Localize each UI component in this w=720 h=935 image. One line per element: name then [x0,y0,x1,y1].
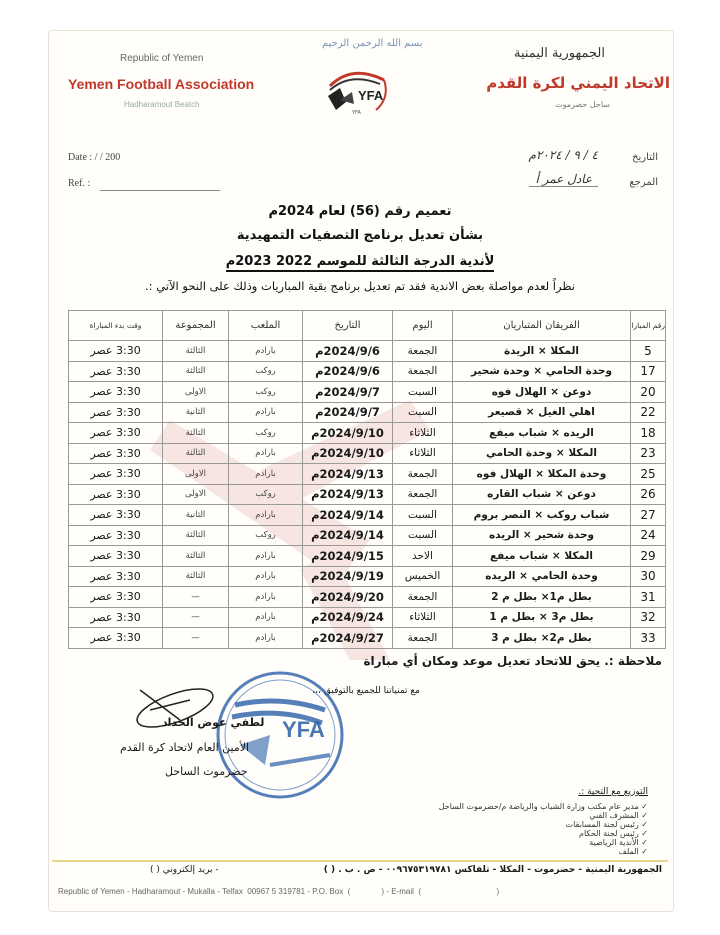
table-row: 27شباب روكب × النصر برومالسبت2024/9/14مب… [69,505,666,526]
table-row: 20دوعن × الهلال فوهالسبت2024/9/7مروكبالا… [69,382,666,403]
cell-day: السبت [393,382,453,403]
header-stadium: الملعب [229,311,303,341]
cell-stadium: بارادم [229,628,303,649]
cell-day: السبت [393,402,453,423]
letterhead-republic-en: Republic of Yemen [120,53,203,64]
letterhead-association-ar: الاتحاد اليمني لكرة القدم [486,74,670,92]
cell-no: 31 [631,587,666,608]
date-label-en: Date : / / 200 [68,152,120,163]
header-teams: الفريقان المتباريان [453,311,631,341]
cell-teams: وحدة المكلا × الهلال فوه [453,464,631,485]
handwritten-ref: عادل عمر أ [529,172,598,187]
date-label-ar: التاريخ [632,152,658,163]
cell-no: 20 [631,382,666,403]
cell-stadium: بارادم [229,607,303,628]
cell-no: 24 [631,525,666,546]
cell-no: 25 [631,464,666,485]
cell-time: 3:30 عصر [69,628,163,649]
cell-time: 3:30 عصر [69,566,163,587]
footer-divider [52,860,668,862]
cell-group: الاولى [163,382,229,403]
cell-time: 3:30 عصر [69,546,163,567]
table-row: 32بطل م3 × بطل م 1الثلاثاء2024/9/24مبارا… [69,607,666,628]
cell-date: 2024/9/6م [303,341,393,362]
cell-stadium: روكب [229,423,303,444]
letterhead-branch-en: Hadharamout Beatch [124,100,200,109]
cell-day: الثلاثاء [393,423,453,444]
basmala: بسم الله الرحمن الرحيم [322,38,423,49]
season-text: لأندية الدرجة الثالثة للموسم 2022 2023م [226,254,495,272]
table-row: 24وحدة شحير × الريدهالسبت2024/9/14مروكبا… [69,525,666,546]
distribution-item: رئيس لجنة المسابقات [439,820,648,829]
cell-day: الجمعة [393,341,453,362]
svg-text:YFA: YFA [351,110,361,116]
cell-date: 2024/9/10م [303,443,393,464]
cell-no: 27 [631,505,666,526]
footer-address-en: Republic of Yemen - Hadharamout - Mukall… [58,887,499,896]
distribution-item: رئيس لجنة الحكام [439,829,648,838]
cell-teams: وحدة شحير × الريده [453,525,631,546]
cell-teams: بطل م2× بطل م 3 [453,628,631,649]
circular-title: تعميم رقم (56) لعام 2024م [0,204,720,219]
table-row: 22اهلي الغيل × قصيعرالسبت2024/9/7مبارادم… [69,402,666,423]
cell-date: 2024/9/7م [303,402,393,423]
note-text: ملاحظة :. يحق للاتحاد تعديل موعد ومكان أ… [363,654,662,668]
table-row: 23المكلا × وحدة الحاميالثلاثاء2024/9/10م… [69,443,666,464]
cell-teams: بطل م3 × بطل م 1 [453,607,631,628]
cell-stadium: روكب [229,382,303,403]
cell-teams: بطل م1× بطل م 2 [453,587,631,608]
cell-group: الثالثة [163,361,229,382]
cell-no: 17 [631,361,666,382]
svg-text:YFA: YFA [282,717,325,742]
signer-title: الأمين العام لاتحاد كرة القدم [120,741,249,754]
svg-text:YFA: YFA [358,88,384,103]
header-date: التاريخ [303,311,393,341]
cell-group: الثالثة [163,525,229,546]
cell-time: 3:30 عصر [69,587,163,608]
cell-no: 18 [631,423,666,444]
footer-address-ar: الجمهورية اليمنية - حضرموت - المكلا - تل… [324,865,662,875]
distribution-item: الأندية الرياضية [439,838,648,847]
cell-group: الاولى [163,484,229,505]
cell-stadium: روكب [229,484,303,505]
signer-name: لطفي عوض الحداد [162,716,264,729]
cell-stadium: بارادم [229,402,303,423]
cell-stadium: بارادم [229,587,303,608]
cell-no: 32 [631,607,666,628]
cell-teams: اهلي الغيل × قصيعر [453,402,631,423]
cell-stadium: بارادم [229,546,303,567]
cell-teams: المكلا × الريدة [453,341,631,362]
cell-stadium: بارادم [229,341,303,362]
table-row: 25وحدة المكلا × الهلال فوهالجمعة2024/9/1… [69,464,666,485]
ref-label-ar: المرجع [629,177,658,188]
cell-day: الجمعة [393,361,453,382]
cell-day: الخميس [393,566,453,587]
cell-teams: المكلا × شباب ميفع [453,546,631,567]
cell-group: — [163,607,229,628]
letterhead-branch-ar: ساحل حضرموت [555,100,610,109]
letterhead-republic-ar: الجمهورية اليمنية [514,46,605,61]
table-row: 29المكلا × شباب ميفعالاحد2024/9/15مباراد… [69,546,666,567]
cell-date: 2024/9/10م [303,423,393,444]
cell-no: 30 [631,566,666,587]
table-row: 17وحدة الحامي × وحدة شحيرالجمعة2024/9/6م… [69,361,666,382]
cell-teams: وحدة الحامي × وحدة شحير [453,361,631,382]
table-row: 33بطل م2× بطل م 3الجمعة2024/9/27مبارادم—… [69,628,666,649]
cell-no: 29 [631,546,666,567]
header-start-time: وقت بدء المباراة [69,311,163,341]
circular-subject: بشأن تعديل برنامج التصفيات التمهيدية [0,228,720,243]
cell-teams: شباب روكب × النصر بروم [453,505,631,526]
intro-paragraph: نظراً لعدم مواصلة بعض الاندية فقد تم تعد… [60,279,660,293]
cell-time: 3:30 عصر [69,341,163,362]
cell-time: 3:30 عصر [69,525,163,546]
cell-teams: المكلا × وحدة الحامي [453,443,631,464]
cell-group: الثالثة [163,566,229,587]
handwritten-date: ٤ / ٩ / ٢٠٢٤م [529,148,598,162]
cell-day: الثلاثاء [393,443,453,464]
cell-date: 2024/9/14م [303,525,393,546]
official-stamp-icon: YFA [210,665,350,805]
cell-date: 2024/9/14م [303,505,393,526]
cell-group: الثانية [163,402,229,423]
cell-no: 33 [631,628,666,649]
cell-time: 3:30 عصر [69,423,163,444]
cell-group: الثالثة [163,546,229,567]
cell-time: 3:30 عصر [69,382,163,403]
distribution-item: الملف [439,847,648,856]
cell-group: الثانية [163,505,229,526]
table-header-row: رقم المباراة الفريقان المتباريان اليوم ا… [69,311,666,341]
cell-time: 3:30 عصر [69,505,163,526]
cell-group: — [163,628,229,649]
header-match-no: رقم المباراة [631,311,666,341]
cell-day: الجمعة [393,628,453,649]
cell-day: السبت [393,525,453,546]
cell-date: 2024/9/13م [303,484,393,505]
cell-day: الجمعة [393,484,453,505]
ref-underline [100,190,220,191]
cell-no: 5 [631,341,666,362]
cell-date: 2024/9/6م [303,361,393,382]
cell-group: الثالثة [163,423,229,444]
distribution-item: مدير عام مكتب وزارة الشباب والرياضة م/حض… [439,802,648,811]
cell-teams: وحدة الحامي × الريده [453,566,631,587]
cell-date: 2024/9/13م [303,464,393,485]
cell-day: الجمعة [393,587,453,608]
footer-email-ar: - بريد إلكتروني ( ) [150,865,219,875]
cell-no: 26 [631,484,666,505]
cell-date: 2024/9/24م [303,607,393,628]
table-row: 5المكلا × الريدةالجمعة2024/9/6مبارادمالث… [69,341,666,362]
cell-time: 3:30 عصر [69,443,163,464]
cell-time: 3:30 عصر [69,361,163,382]
letterhead-association-en: Yemen Football Association [68,76,254,92]
cell-time: 3:30 عصر [69,607,163,628]
yfa-logo-icon: YFA YFA [322,58,392,118]
cell-no: 23 [631,443,666,464]
distribution-title: التوزيع مع التحية :. [578,787,648,797]
cell-teams: دوعن × الهلال فوه [453,382,631,403]
cell-group: — [163,587,229,608]
cell-no: 22 [631,402,666,423]
cell-day: الجمعة [393,464,453,485]
cell-time: 3:30 عصر [69,464,163,485]
cell-time: 3:30 عصر [69,484,163,505]
cell-date: 2024/9/7م [303,382,393,403]
table-row: 31بطل م1× بطل م 2الجمعة2024/9/20مبارادم—… [69,587,666,608]
cell-stadium: بارادم [229,566,303,587]
cell-time: 3:30 عصر [69,402,163,423]
table-row: 26دوعن × شباب القارهالجمعة2024/9/13مروكب… [69,484,666,505]
match-schedule-table: رقم المباراة الفريقان المتباريان اليوم ا… [68,310,666,649]
cell-teams: الريده × شباب ميفع [453,423,631,444]
cell-group: الاولى [163,464,229,485]
table-row: 18الريده × شباب ميفعالثلاثاء2024/9/10مرو… [69,423,666,444]
header-group: المجموعة [163,311,229,341]
cell-stadium: بارادم [229,464,303,485]
cell-stadium: روكب [229,361,303,382]
signature-icon [120,680,220,740]
cell-stadium: روكب [229,525,303,546]
cell-date: 2024/9/27م [303,628,393,649]
cell-day: الثلاثاء [393,607,453,628]
distribution-list: مدير عام مكتب وزارة الشباب والرياضة م/حض… [439,802,648,856]
cell-day: السبت [393,505,453,526]
ref-label-en: Ref. : [68,178,90,189]
cell-group: الثالثة [163,341,229,362]
cell-date: 2024/9/15م [303,546,393,567]
signer-place: حضرموت الساحل [165,765,248,778]
cell-date: 2024/9/20م [303,587,393,608]
cell-day: الاحد [393,546,453,567]
cell-stadium: بارادم [229,505,303,526]
cell-teams: دوعن × شباب القاره [453,484,631,505]
header-day: اليوم [393,311,453,341]
cell-date: 2024/9/19م [303,566,393,587]
distribution-item: المشرف الفني [439,811,648,820]
table-row: 30وحدة الحامي × الريدهالخميس2024/9/19مبا… [69,566,666,587]
circular-season: لأندية الدرجة الثالثة للموسم 2022 2023م [0,254,720,269]
cell-group: الثالثة [163,443,229,464]
cell-stadium: بارادم [229,443,303,464]
